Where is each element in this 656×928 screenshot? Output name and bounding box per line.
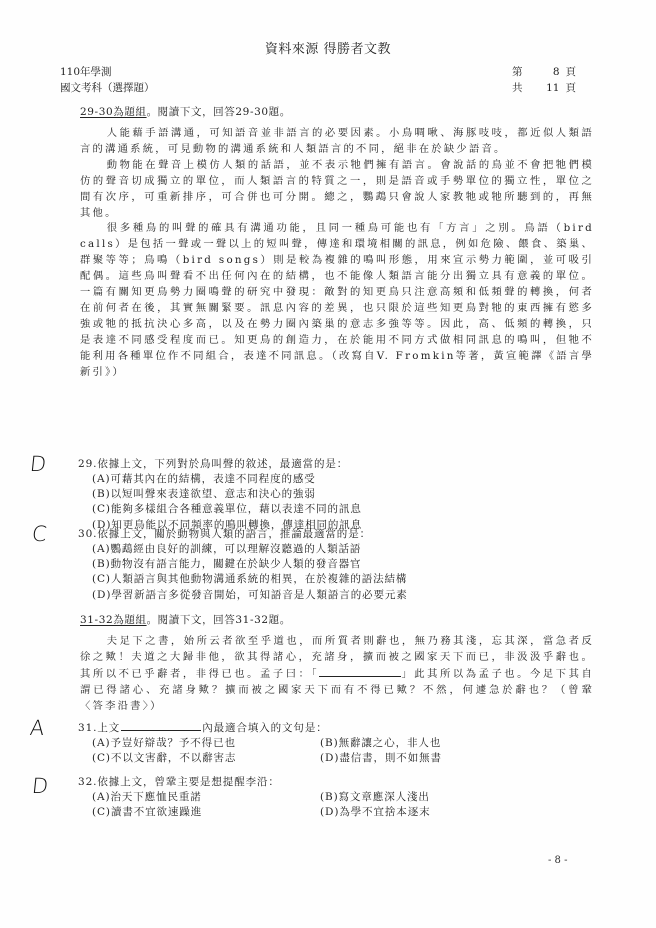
options-list: (A)予豈好辯哉？予不得已也 (B)無辭讓之心，非人也 (C)不以文害辭，不以辭… bbox=[92, 736, 598, 766]
option-c[interactable]: (C)不以文害辭，不以辭害志 bbox=[92, 751, 320, 766]
passage-paragraph: 人能藉手語溝通，可知語音並非語言的必要因素。小鳥啁啾、海豚吱吱，都近似人類語言的… bbox=[80, 126, 594, 158]
option-d[interactable]: (D)為學不宜捨本逐末 bbox=[320, 805, 580, 820]
current-page-line: 第 8 頁 bbox=[512, 64, 576, 80]
reading-passage-1: 人能藉手語溝通，可知語音並非語言的必要因素。小鳥啁啾、海豚吱吱，都近似人類語言的… bbox=[80, 126, 594, 381]
handwritten-answer-30: C bbox=[31, 522, 48, 546]
question-stem: 依據上文，關於動物與人類的語言，推論最適當的是： bbox=[97, 528, 371, 540]
option-a[interactable]: (A)予豈好辯哉？予不得已也 bbox=[92, 736, 320, 751]
question-32: 32.依據上文，曾鞏主要是想提醒李沿： (A)治天下應恤民重諾 (B)寫文章應深… bbox=[78, 774, 598, 820]
question-29: 29.依據上文，下列對於鳥叫聲的敘述，最適當的是： (A)可藉其內在的結構，表達… bbox=[78, 456, 598, 533]
group-heading-29-30: 29-30為題組。閱讀下文，回答29-30題。 bbox=[80, 104, 291, 119]
option-d[interactable]: (D)盡信書，則不如無書 bbox=[320, 751, 580, 766]
options-list: (A)治天下應恤民重諾 (B)寫文章應深人淺出 (C)讀書不宜欲速躁進 (D)為… bbox=[92, 790, 598, 820]
question-number: 32. bbox=[78, 774, 97, 790]
subject-name: 國文考科（選擇題） bbox=[60, 80, 155, 96]
option-a[interactable]: (A)鸚鵡經由良好的訓練，可以理解沒聽過的人類話語 bbox=[92, 542, 598, 557]
group-instruction: 。閱讀下文，回答31-32題。 bbox=[147, 614, 291, 626]
exam-page: 資料來源 得勝者文教 110年學測 國文考科（選擇題） 第 8 頁 共 11 頁… bbox=[0, 0, 656, 928]
question-30: 30.依據上文，關於動物與人類的語言，推論最適當的是： (A)鸚鵡經由良好的訓練… bbox=[78, 526, 598, 603]
source-title: 資料來源 得勝者文教 bbox=[0, 38, 656, 57]
total-pages: 11 bbox=[546, 80, 559, 96]
handwritten-answer-31: A bbox=[29, 716, 46, 740]
option-c[interactable]: (C)人類語言與其他動物溝通系統的相異，在於複雜的語法結構 bbox=[92, 572, 598, 587]
group-instruction: 。閱讀下文，回答29-30題。 bbox=[147, 106, 291, 118]
fill-in-blank bbox=[319, 666, 401, 677]
total-pages-line: 共 11 頁 bbox=[512, 80, 576, 96]
question-number: 29. bbox=[78, 456, 97, 472]
current-page: 8 bbox=[553, 64, 560, 80]
question-stem: 依據上文，下列對於鳥叫聲的敘述，最適當的是： bbox=[97, 458, 348, 470]
page-number-footer: - 8 - bbox=[548, 855, 567, 866]
question-number: 30. bbox=[78, 526, 97, 542]
question-number: 31. bbox=[78, 720, 97, 736]
options-list: (A)鸚鵡經由良好的訓練，可以理解沒聽過的人類話語 (B)動物沒有語言能力，關鍵… bbox=[92, 542, 598, 603]
reading-passage-2: 夫足下之書，始所云者欲至乎道也，而所質者則辭也，無乃務其淺，忘其深，當急者反徐之… bbox=[80, 634, 594, 715]
question-stem: 依據上文，曾鞏主要是想提醒李沿： bbox=[97, 776, 279, 788]
passage-paragraph: 動物能在聲音上模仿人類的話語，並不表示牠們擁有語言。會說話的鳥並不會把牠們模仿的… bbox=[80, 158, 594, 222]
passage-paragraph: 夫足下之書，始所云者欲至乎道也，而所質者則辭也，無乃務其淺，忘其深，當急者反徐之… bbox=[80, 634, 594, 715]
option-a[interactable]: (A)治天下應恤民重諾 bbox=[92, 790, 320, 805]
option-c[interactable]: (C)讀書不宜欲速躁進 bbox=[92, 805, 320, 820]
option-c[interactable]: (C)能夠多樣組合各種意義單位，藉以表達不同的訊息 bbox=[92, 502, 598, 517]
option-b[interactable]: (B)以短叫聲來表達欲望、意志和決心的強弱 bbox=[92, 487, 598, 502]
option-d[interactable]: (D)學習新語言多從發音開始，可知語音是人類語言的必要元素 bbox=[92, 588, 598, 603]
group-range-label: 29-30為題組 bbox=[80, 106, 147, 118]
passage-paragraph: 很多種鳥的叫聲的確具有溝通功能，且同一種鳥可能也有「方言」之別。鳥語（bird … bbox=[80, 221, 594, 380]
exam-header-left: 110年學測 國文考科（選擇題） bbox=[60, 64, 155, 96]
group-range-label: 31-32為題組 bbox=[80, 614, 147, 626]
question-31: 31.上文內最適合填入的文句是： (A)予豈好辯哉？予不得已也 (B)無辭讓之心… bbox=[78, 720, 598, 766]
handwritten-answer-29: D bbox=[29, 452, 48, 476]
fill-in-blank bbox=[121, 721, 201, 731]
option-b[interactable]: (B)無辭讓之心，非人也 bbox=[320, 736, 580, 751]
option-b[interactable]: (B)動物沒有語言能力，關鍵在於缺少人類的發音器官 bbox=[92, 557, 598, 572]
group-heading-31-32: 31-32為題組。閱讀下文，回答31-32題。 bbox=[80, 612, 291, 627]
options-list: (A)可藉其內在的結構，表達不同程度的感受 (B)以短叫聲來表達欲望、意志和決心… bbox=[92, 472, 598, 533]
exam-header-right: 第 8 頁 共 11 頁 bbox=[512, 64, 576, 96]
option-b[interactable]: (B)寫文章應深人淺出 bbox=[320, 790, 580, 805]
option-a[interactable]: (A)可藉其內在的結構，表達不同程度的感受 bbox=[92, 472, 598, 487]
exam-name: 110年學測 bbox=[60, 64, 155, 80]
handwritten-answer-32: D bbox=[31, 774, 50, 798]
